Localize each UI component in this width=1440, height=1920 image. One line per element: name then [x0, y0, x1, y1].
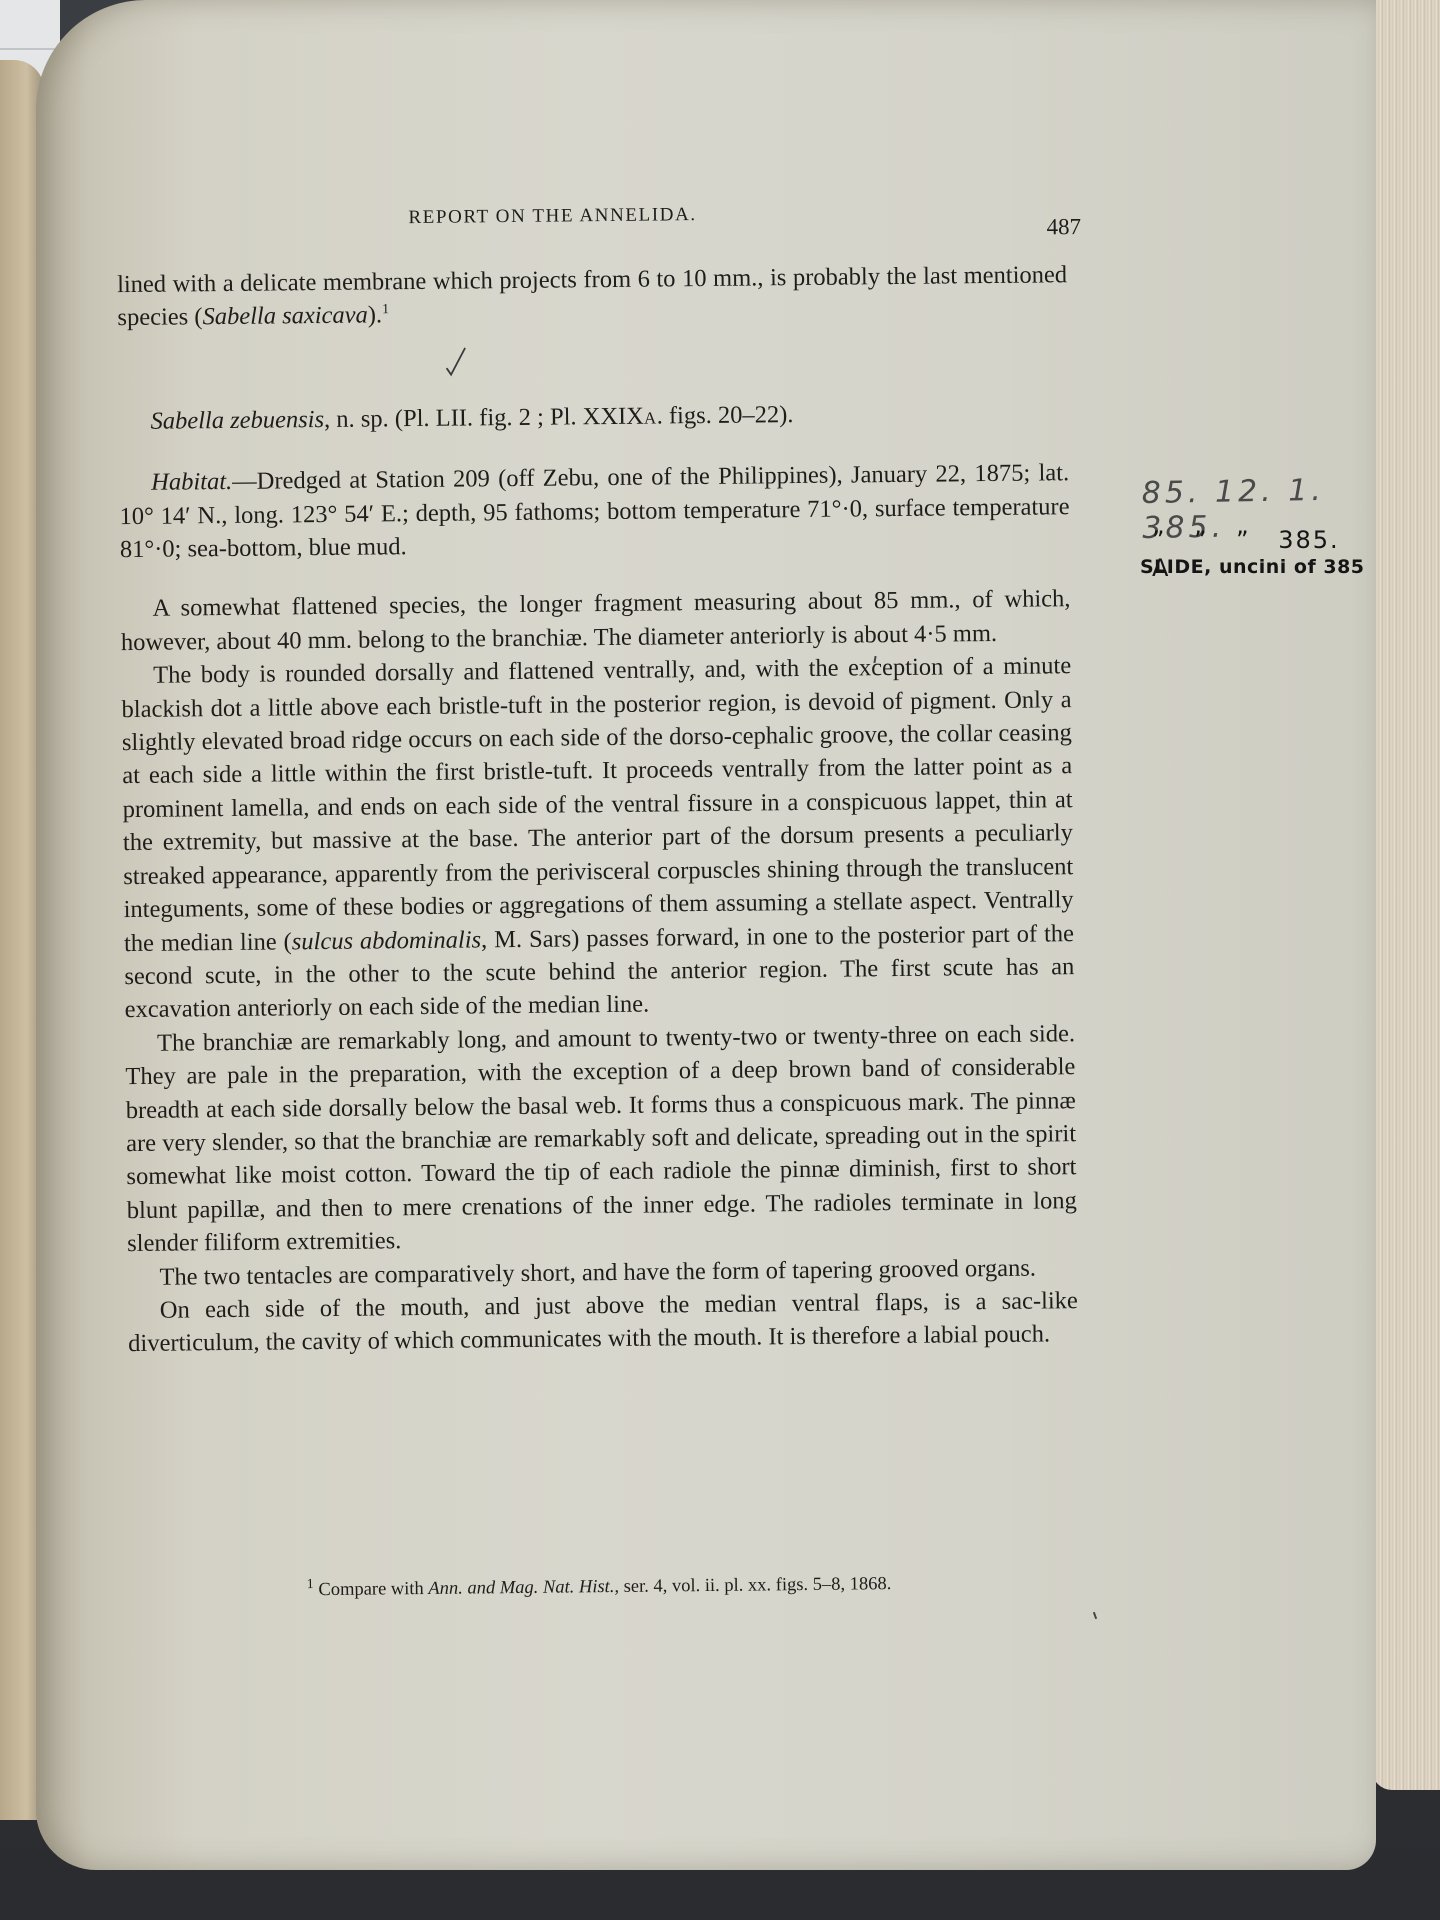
- branchiae-paragraph: The branchiæ are remarkably long, and am…: [125, 1017, 1077, 1261]
- footnote: 1 Compare with Ann. and Mag. Nat. Hist.,…: [307, 1574, 892, 1601]
- species-heading: Sabella zebuensis, n. sp. (Pl. LII. fig.…: [118, 395, 1068, 440]
- running-head: REPORT ON THE ANNELIDA.: [408, 204, 697, 229]
- page-content: REPORT ON THE ANNELIDA. 487 lined with a…: [28, 0, 1388, 1877]
- description-paragraph-2: The body is rounded dorsally and flatten…: [121, 649, 1075, 1026]
- continuation-paragraph: lined with a delicate membrane which pro…: [117, 258, 1068, 335]
- description-paragraph-1: A somewhat flattened species, the longer…: [120, 583, 1071, 660]
- book-page: REPORT ON THE ANNELIDA. 487 lined with a…: [36, 0, 1376, 1870]
- page-number: 487: [1046, 214, 1081, 240]
- body-text: lined with a delicate membrane which pro…: [117, 258, 1078, 1361]
- habitat-paragraph: Habitat.—Dredged at Station 209 (off Zeb…: [119, 456, 1070, 566]
- footnote-reference: 1: [382, 303, 389, 318]
- labial-pouch-paragraph: On each side of the mouth, and just abov…: [128, 1284, 1079, 1361]
- habitat-label: Habitat.: [151, 468, 232, 496]
- handwritten-slide-note: SLIDE, uncini of 385: [1140, 556, 1365, 578]
- photo-scene: REPORT ON THE ANNELIDA. 487 lined with a…: [0, 0, 1440, 1920]
- species-name: Sabella zebuensis: [150, 406, 324, 435]
